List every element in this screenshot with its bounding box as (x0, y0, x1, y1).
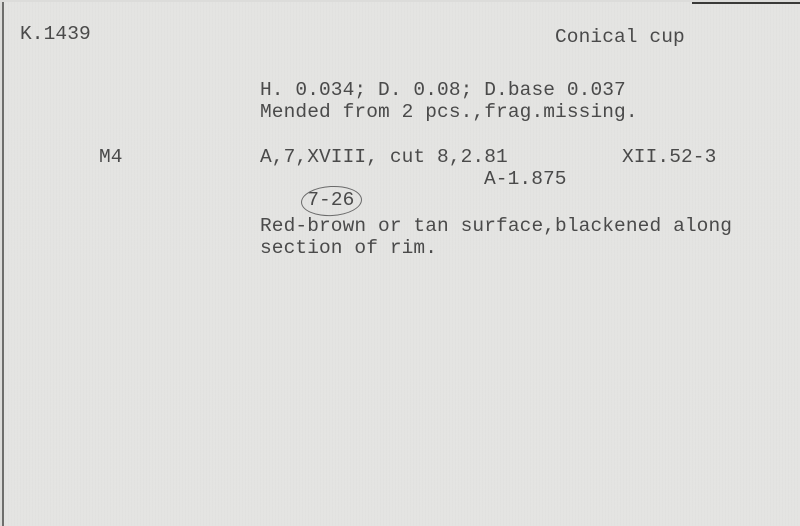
catalog-number: K.1439 (20, 23, 91, 45)
circled-reference-text: 7-26 (307, 189, 354, 211)
card-left-edge (2, 2, 4, 526)
catalog-card: K.1439 Conical cup H. 0.034; D. 0.08; D.… (2, 2, 800, 526)
dimensions: H. 0.034; D. 0.08; D.base 0.037 (260, 79, 626, 101)
description-line-1: Red-brown or tan surface,blackened along (260, 215, 732, 237)
findspot: A,7,XVIII, cut 8,2.81 (260, 146, 508, 168)
date-found: XII.52-3 (622, 146, 716, 168)
description-line-2: section of rim. (260, 237, 437, 259)
card-top-edge (692, 2, 800, 4)
period-code: M4 (99, 146, 123, 168)
condition: Mended from 2 pcs.,frag.missing. (260, 101, 638, 123)
object-type: Conical cup (555, 26, 685, 48)
inventory-reference: A-1.875 (484, 168, 567, 190)
